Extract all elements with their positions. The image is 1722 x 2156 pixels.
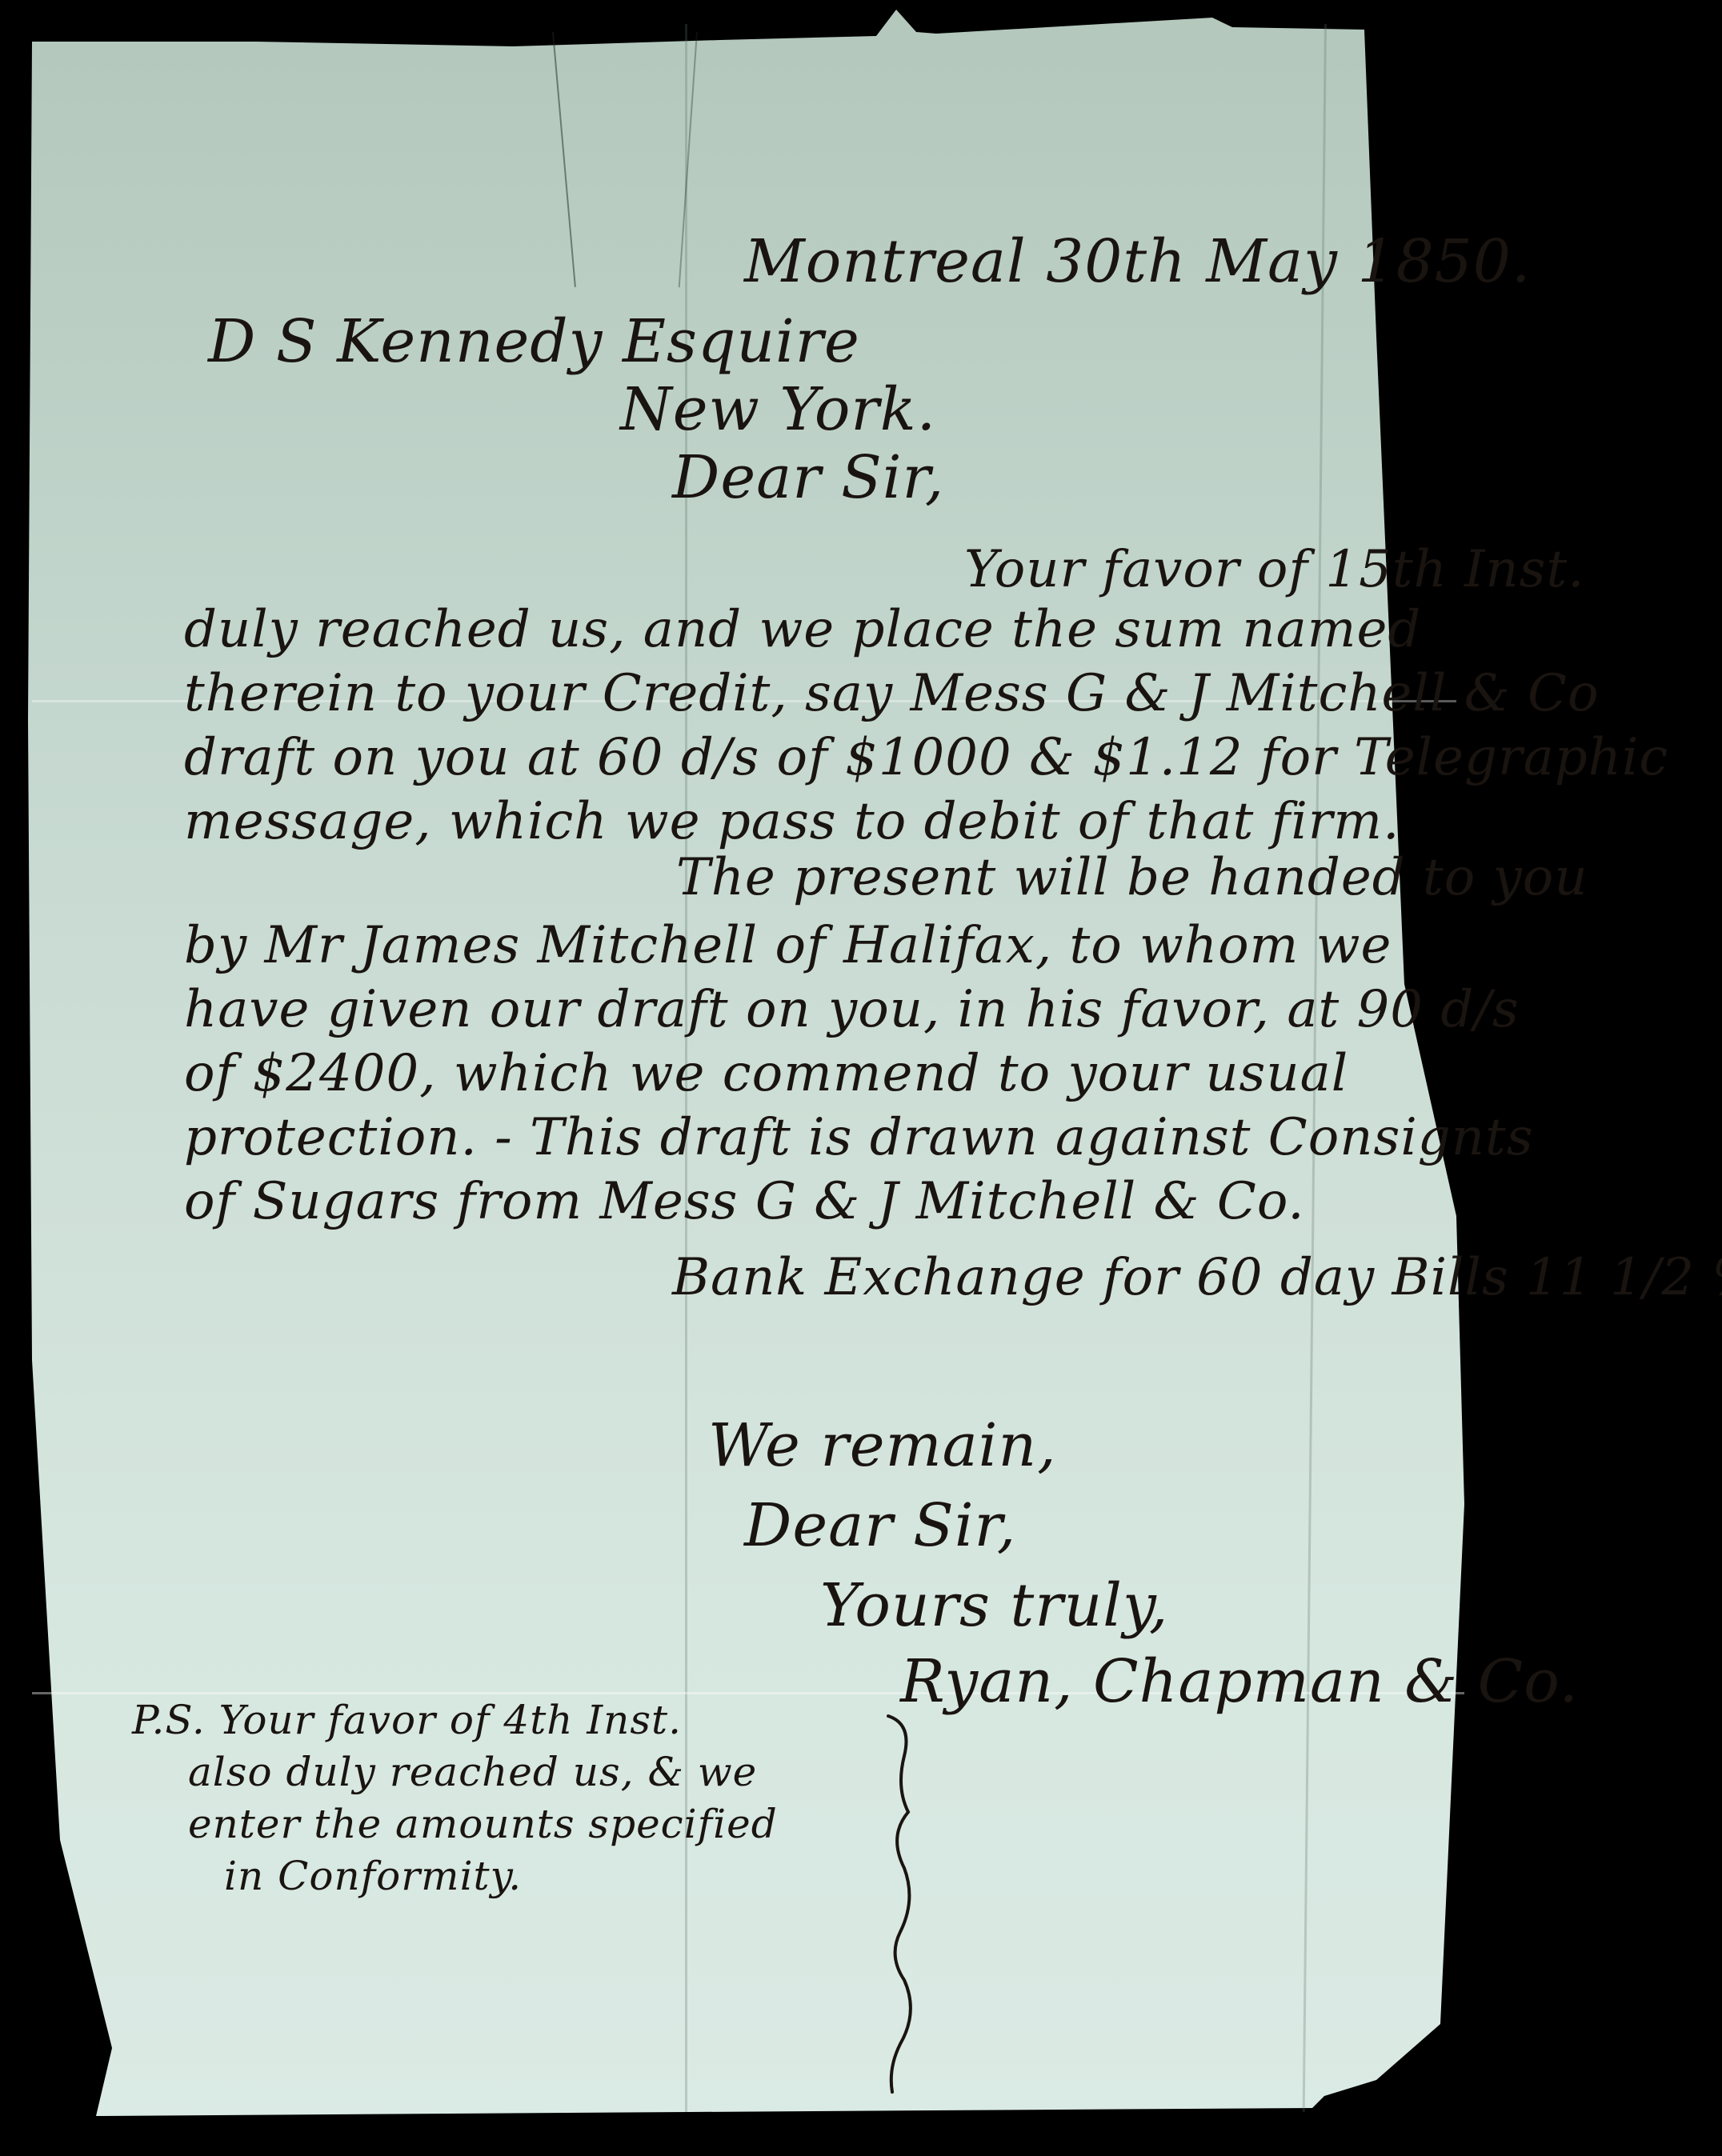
body-line: of $2400, which we commend to your usual — [184, 1048, 1348, 1099]
closing-line: Dear Sir, — [744, 1496, 1016, 1555]
postscript-line: also duly reached us, & we — [188, 1752, 757, 1792]
exchange-note: Bank Exchange for 60 day Bills 11 1/2 % — [672, 1252, 1722, 1303]
body-line: Your favor of 15th Inst. — [964, 544, 1585, 595]
body-line: message, which we pass to debit of that … — [184, 796, 1400, 847]
body-line: have given our draft on you, in his favo… — [184, 984, 1520, 1035]
dateline: Montreal 30th May 1850. — [744, 232, 1531, 291]
signature: Ryan, Chapman & Co. — [900, 1652, 1579, 1711]
closing-line: Yours truly, — [820, 1576, 1168, 1635]
recipient-name: D S Kennedy Esquire — [208, 312, 860, 371]
body-line: of Sugars from Mess G & J Mitchell & Co. — [184, 1176, 1305, 1227]
postscript-line: P.S. Your favor of 4th Inst. — [132, 1700, 682, 1740]
body-line: The present will be handed to you — [676, 852, 1588, 903]
body-line: duly reached us, and we place the sum na… — [184, 604, 1421, 655]
body-line: therein to your Credit, say Mess G & J M… — [184, 668, 1600, 719]
recipient-city: New York. — [620, 380, 936, 439]
postscript-line: in Conformity. — [224, 1856, 522, 1896]
brace-flourish-icon — [880, 1708, 928, 2108]
closing-line: We remain, — [708, 1416, 1057, 1475]
postscript-line: enter the amounts specified — [188, 1804, 778, 1844]
body-line: draft on you at 60 d/s of $1000 & $1.12 … — [184, 732, 1668, 783]
body-line: protection. - This draft is drawn agains… — [184, 1112, 1534, 1163]
salutation: Dear Sir, — [672, 448, 944, 507]
body-line: by Mr James Mitchell of Halifax, to whom… — [184, 920, 1392, 971]
